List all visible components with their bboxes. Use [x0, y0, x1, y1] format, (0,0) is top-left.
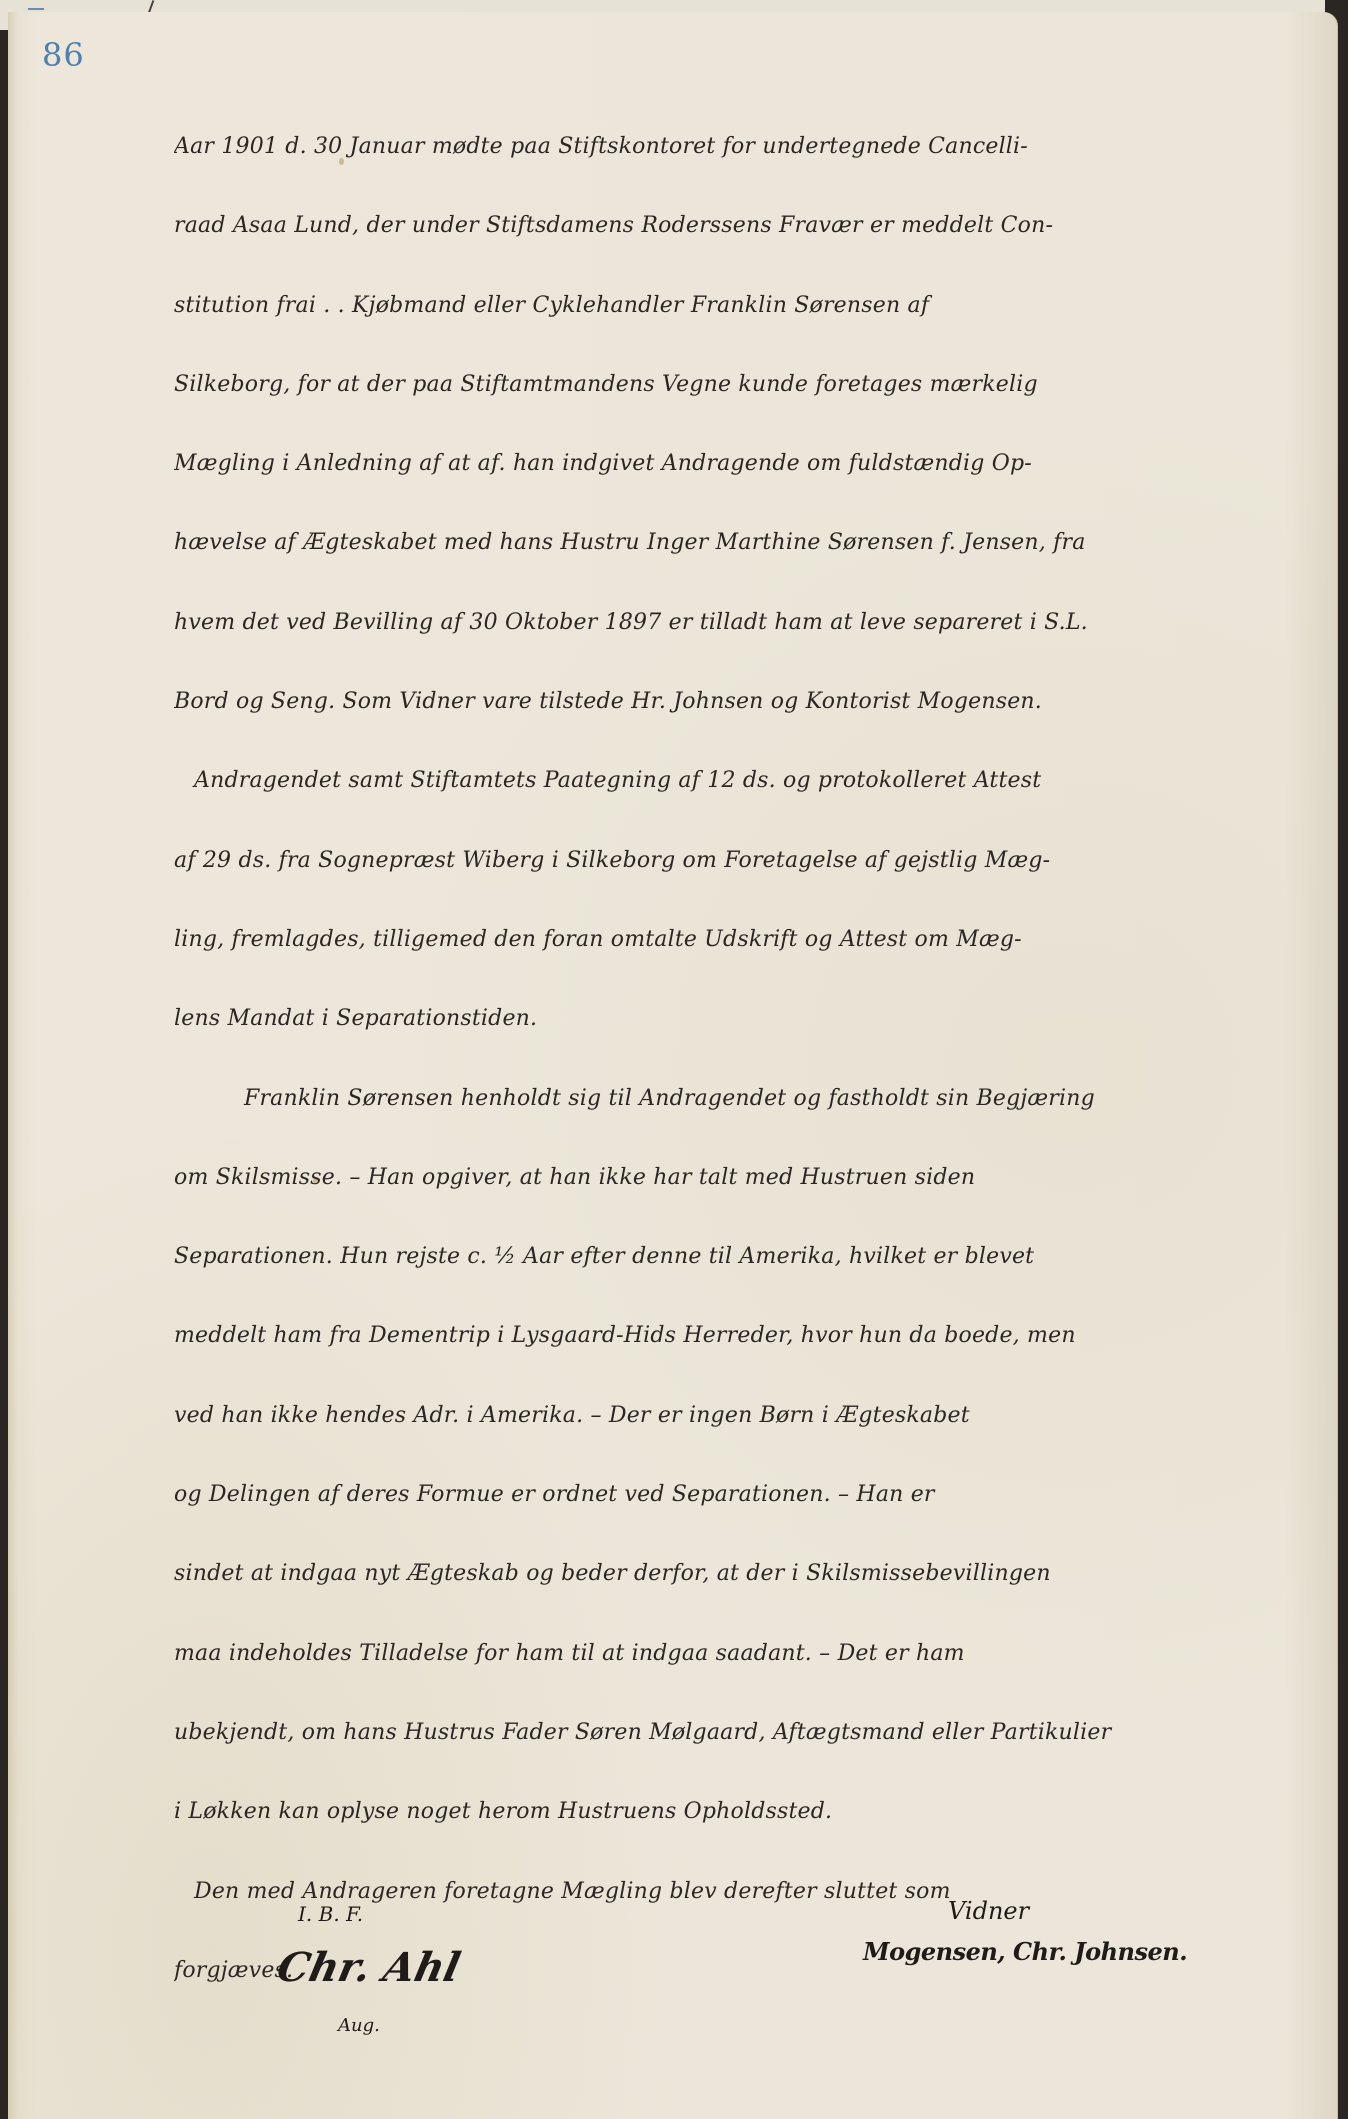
text-line: ling, fremlagdes, tilligemed den foran o… [174, 900, 1284, 979]
text-line: hvem det ved Bevilling af 30 Oktober 189… [174, 583, 1284, 662]
text-line: i Løkken kan oplyse noget herom Hustruen… [174, 1772, 1284, 1851]
text-line: af 29 ds. fra Sognepræst Wiberg i Silkeb… [174, 821, 1284, 900]
witness-label: Vidner [948, 1897, 1283, 1925]
text-line: meddelt ham fra Dementrip i Lysgaard-Hid… [174, 1296, 1284, 1375]
text-line: Mægling i Anledning af at af. han indgiv… [174, 424, 1284, 503]
text-line: Silkeborg, for at der paa Stiftamtmanden… [174, 345, 1284, 424]
page-number: 86 [42, 36, 85, 74]
text-line: ubekjendt, om hans Hustrus Fader Søren M… [174, 1693, 1284, 1772]
text-line: Franklin Sørensen henholdt sig til Andra… [174, 1059, 1284, 1138]
text-line: sindet at indgaa nyt Ægteskab og beder d… [174, 1534, 1284, 1613]
text-line: hævelse af Ægteskabet med hans Hustru In… [174, 503, 1284, 582]
document-page: 86 Aar 1901 d. 30 Januar mødte paa Stift… [8, 12, 1338, 2119]
text-line: og Delingen af deres Formue er ordnet ve… [174, 1455, 1284, 1534]
text-line: Aar 1901 d. 30 Januar mødte paa Stiftsko… [174, 107, 1284, 186]
underlying-page-mark [28, 0, 44, 10]
text-line: maa indeholdes Tilladelse for ham til at… [174, 1614, 1284, 1693]
signature-title: Aug. [338, 2015, 508, 2036]
text-line: stitution frai . . Kjøbmand eller Cykleh… [174, 266, 1284, 345]
witness-signatures: Mogensen, Chr. Johnsen. [863, 1937, 1283, 1966]
text-line: raad Asaa Lund, der under Stiftsdamens R… [174, 186, 1284, 265]
witness-signature-block: Vidner Mogensen, Chr. Johnsen. [863, 1897, 1283, 1966]
text-line: Andragendet samt Stiftamtets Paategning … [174, 741, 1284, 820]
signature-abbreviation: I. B. F. [298, 1902, 508, 1926]
text-line: Separationen. Hun rejste c. ½ Aar efter … [174, 1217, 1284, 1296]
text-line: lens Mandat i Separationstiden. [174, 979, 1284, 1058]
text-line: ved han ikke hendes Adr. i Amerika. – De… [174, 1376, 1284, 1455]
text-line: Bord og Seng. Som Vidner vare tilstede H… [174, 662, 1284, 741]
text-line: om Skilsmisse. – Han opgiver, at han ikk… [174, 1138, 1284, 1217]
handwritten-body: Aar 1901 d. 30 Januar mødte paa Stiftsko… [174, 107, 1284, 2010]
official-signature-block: I. B. F. Chr. Ahl Aug. [278, 1902, 508, 2036]
official-signature: Chr. Ahl [273, 1944, 513, 1991]
